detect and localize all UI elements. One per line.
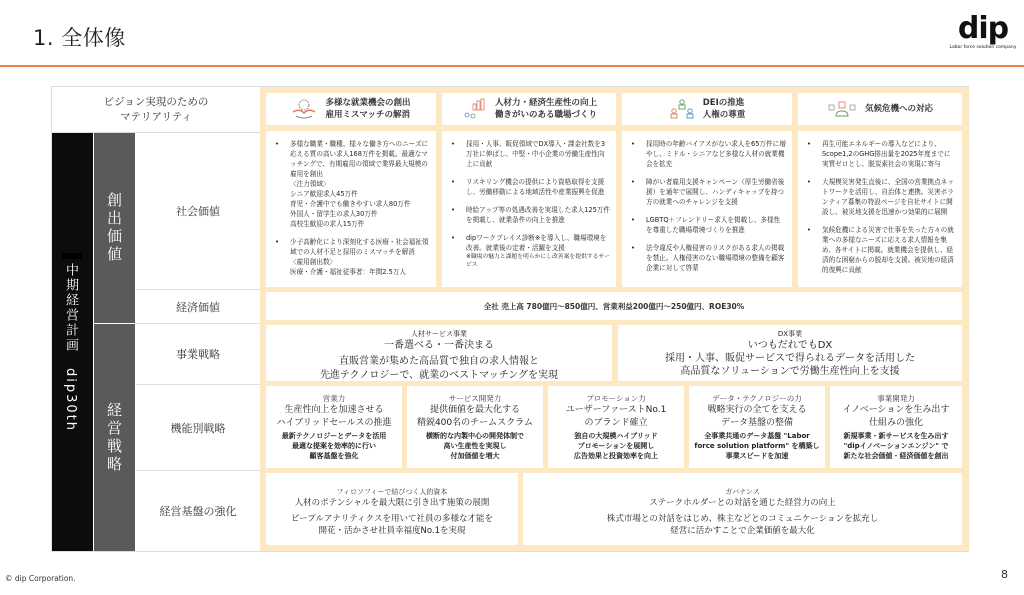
materiality-heading-line1: ビジョン実現のための — [104, 95, 209, 110]
bullet-list: 採用・人事、販促領域でDX導入・課金社数を3万社に伸ばし、中堅・中小企業の労働生… — [442, 131, 616, 281]
materiality-heading-line2: マテリアリティ — [104, 110, 209, 125]
bullet-item: 時給アップ等の処遇改善を実現した求人125万件を掲載し、就業条件の向上を推進 — [448, 205, 610, 225]
segment-line: 先進テクノロジーで、就業のベストマッチングを実現 — [266, 369, 612, 383]
plan-label: 中期経営計画 dip30th — [61, 263, 80, 432]
materiality-header-3: DEIの推進 人権の尊重 — [622, 93, 792, 125]
handshake-gear-icon — [291, 98, 317, 120]
foundation-governance: ガバナンス ステークホルダーとの対話を通じた経営力の向上 株式市場との対話をはじ… — [523, 473, 962, 545]
group-created-value: 創出価値 — [94, 133, 135, 323]
function-headline: 戦略実行の全てを支える — [689, 404, 825, 417]
functional-strategy-promotion: プロモーション力 ユーザーファーストNo.1 のブランド確立 独自の大規模ハイブ… — [548, 386, 684, 468]
bullet-item: 採用時の年齢バイアスがない求人を65万件に増やし、ミドル・シニアなど多様な人材の… — [628, 139, 786, 169]
group-management-strategy: 経営戦略 — [94, 324, 135, 551]
function-detail: 最新テクノロジーとデータを活用 — [266, 431, 402, 441]
materiality-title-line2: 働きがいのある職場づくり — [495, 109, 597, 121]
bullet-list: 多様な職業・職種、様々な働き方へのニーズに応える質の高い求人168万件を掲載。最… — [266, 131, 436, 289]
segment-line: 高品質なソリューションで労働生産性向上を支援 — [618, 365, 962, 378]
materiality-heading: ビジョン実現のための マテリアリティ — [52, 87, 260, 133]
function-headline: 生産性向上を加速させる — [266, 404, 402, 417]
function-headline: イノベーションを生み出す — [830, 404, 962, 417]
page-number: 8 — [1001, 568, 1008, 581]
function-detail: 最適な提案を効率的に行い — [266, 441, 402, 451]
function-detail: 独自の大規模ハイブリッド — [548, 431, 684, 441]
bullet-item: 再生可能エネルギーの導入などにより、Scope1,2のGHG排出量を2025年度… — [804, 139, 956, 169]
materiality-title-line2: 雇用ミスマッチの解消 — [325, 109, 410, 121]
header-divider — [0, 65, 1024, 67]
functional-strategy-sales: 営業力 生産性向上を加速させる ハイブリッドセールスの推進 最新テクノロジーとデ… — [266, 386, 402, 468]
function-name: プロモーション力 — [548, 394, 684, 404]
materiality-title-line2: 人権の尊重 — [703, 109, 746, 121]
materiality-header-2: 人材力・経済生産性の向上 働きがいのある職場づくり — [442, 93, 616, 125]
diversity-people-icon — [669, 98, 695, 120]
foundation-human-capital: フィロソフィーで結びつく人的資本 人材のポテンシャルを最大限に引き出す施策の展開… — [266, 473, 518, 545]
foundation-category: フィロソフィーで結びつく人的資本 — [266, 487, 518, 497]
row-label-functional-strategy: 機能別戦略 — [136, 385, 260, 471]
materiality-title-line1: 多様な就業機会の創出 — [325, 97, 410, 109]
bullet-list: 再生可能エネルギーの導入などにより、Scope1,2のGHG排出量を2025年度… — [798, 131, 962, 287]
segment-line: 採用・人事、販促サービスで得られるデータを活用した — [618, 352, 962, 365]
social-value-cell-2: 採用・人事、販促領域でDX導入・課金社数を3万社に伸ばし、中堅・中小企業の労働生… — [442, 131, 616, 287]
materiality-title-line1: DEIの推進 — [703, 97, 746, 109]
function-detail: 広告効果と投資効率を向上 — [548, 451, 684, 461]
social-value-cell-4: 再生可能エネルギーの導入などにより、Scope1,2のGHG排出量を2025年度… — [798, 131, 962, 287]
plan-column: 中期経営計画 dip30th — [52, 133, 93, 551]
function-headline: ユーザーファーストNo.1 — [548, 404, 684, 417]
materiality-header-1: 多様な就業機会の創出 雇用ミスマッチの解消 — [266, 93, 436, 125]
social-value-cell-3: 採用時の年齢バイアスがない求人を65万件に増やし、ミドル・シニアなど多様な人材の… — [622, 131, 792, 287]
function-detail: プロモーションを展開し — [548, 441, 684, 451]
bullet-item: リスキリング機会の提供により資格取得を支援し、労働移動による地域活性や産業振興を… — [448, 177, 610, 197]
function-headline: ハイブリッドセールスの推進 — [266, 417, 402, 430]
segment-name: 人材サービス事業 — [266, 329, 612, 339]
functional-strategy-data-tech: データ・テクノロジーの力 戦略実行の全てを支える データ基盤の整備 全事業共通の… — [689, 386, 825, 468]
foundation-category: ガバナンス — [523, 487, 962, 497]
social-value-cell-1: 多様な職業・職種、様々な働き方へのニーズに応える質の高い求人168万件を掲載。最… — [266, 131, 436, 287]
foundation-detail: ピープルアナリティクスを用いて社員の多様な才能を — [266, 513, 518, 525]
logo-tagline: Labor force solution company — [948, 45, 1018, 50]
dip-logo: dip Labor force solution company — [948, 14, 1018, 50]
function-headline: 仕組みの強化 — [830, 417, 962, 430]
row-label-management-foundation: 経営基盤の強化 — [136, 471, 260, 551]
function-name: 事業開発力 — [830, 394, 962, 404]
bullet-list: 採用時の年齢バイアスがない求人を65万件に増やし、ミドル・シニアなど多様な人材の… — [622, 131, 792, 285]
foundation-detail: 株式市場との対話をはじめ、株主などとのコミュニケーションを拡充し — [523, 513, 962, 525]
materiality-header-4: 気候危機への対応 — [798, 93, 962, 125]
function-detail: force solution platform" を構築し — [689, 441, 825, 451]
function-name: サービス開発力 — [407, 394, 543, 404]
function-detail: 顧客基盤を強化 — [266, 451, 402, 461]
function-detail: 高い生産性を実現し — [407, 441, 543, 451]
bullet-item: 障がい者雇用支援キャンペーン（厚生労働省後援）を通年で展開し、ハンディキャップを… — [628, 177, 786, 207]
logo-word: dip — [948, 14, 1018, 44]
plan-marker — [62, 253, 82, 259]
bullet-item: 少子高齢化により深刻化する医療・社会福祉領域での人材不足と採用のミスマッチを解消… — [272, 237, 430, 277]
bullet-note: ※職場の魅力と課題を明らかにし改善案を提供するサービス — [466, 253, 610, 269]
foundation-detail: 開花・活かさせ社員幸福度No.1を実現 — [266, 525, 518, 537]
function-detail: "dipイノベーションエンジン" で — [830, 441, 962, 451]
bullet-item: 多様な職業・職種、様々な働き方へのニーズに応える質の高い求人168万件を掲載。最… — [272, 139, 430, 229]
group-label: 経営戦略 — [104, 402, 125, 474]
page-title: 1. 全体像 — [33, 22, 126, 52]
overview-table: ビジョン実現のための マテリアリティ 中期経営計画 dip30th 創出価値 経… — [51, 86, 969, 552]
economic-value-cell: 全社 売上高 780億円～850億円、営業利益200億円～250億円、ROE30… — [266, 292, 962, 320]
functional-strategy-service-dev: サービス開発力 提供価値を最大化する 精鋭400名のチームスクラム 横断的な内製… — [407, 386, 543, 468]
function-detail: 新規事業・新サービスを生み出す — [830, 431, 962, 441]
business-strategy-dx: DX事業 いつもだれでもDX 採用・人事、販促サービスで得られるデータを活用した… — [618, 325, 962, 381]
function-detail: 新たな社会価値・経済価値を創出 — [830, 451, 962, 461]
bullet-text: dipワークプレイス診断※を導入し、職場環境を改善。就業後の定着・活躍を支援 — [466, 234, 606, 252]
left-panel: ビジョン実現のための マテリアリティ 中期経営計画 dip30th 創出価値 経… — [52, 87, 260, 551]
bullet-item: LGBTQ＋フレンドリー求人を掲載し、多様性を尊重した職場環境づくりを推進 — [628, 215, 786, 235]
segment-line: 直販営業が集めた高品質で独自の求人情報と — [266, 355, 612, 369]
function-headline: データ基盤の整備 — [689, 417, 825, 430]
function-headline: 精鋭400名のチームスクラム — [407, 417, 543, 430]
function-headline: のブランド確立 — [548, 417, 684, 430]
materiality-title-line1: 気候危機への対応 — [865, 103, 933, 115]
foundation-headline: ステークホルダーとの対話を通じた経営力の向上 — [523, 497, 962, 509]
segment-slogan: 一番選べる・一番決まる — [266, 339, 612, 352]
materiality-title-line1: 人材力・経済生産性の向上 — [495, 97, 597, 109]
climate-cloud-icon — [827, 99, 857, 119]
bullet-item: dipワークプレイス診断※を導入し、職場環境を改善。就業後の定着・活躍を支援※職… — [448, 233, 610, 269]
bullet-item: 採用・人事、販促領域でDX導入・課金社数を3万社に伸ばし、中堅・中小企業の労働生… — [448, 139, 610, 169]
content-panel: 多様な就業機会の創出 雇用ミスマッチの解消 人材力・経済生産性の向上 働きがいの… — [260, 87, 969, 551]
group-label: 創出価値 — [104, 192, 125, 264]
bullet-item: 法令違反や人権侵害のリスクがある求人の掲載を禁止。人権侵害のない職場環境の整備を… — [628, 243, 786, 273]
functional-strategy-biz-dev: 事業開発力 イノベーションを生み出す 仕組みの強化 新規事業・新サービスを生み出… — [830, 386, 962, 468]
row-label-social-value: 社会価値 — [136, 133, 260, 290]
foundation-headline: 人材のポテンシャルを最大限に引き出す施策の展開 — [266, 497, 518, 509]
function-headline: 提供価値を最大化する — [407, 404, 543, 417]
copyright: © dip Corporation. — [5, 574, 76, 583]
row-label-economic-value: 経済価値 — [136, 290, 260, 324]
function-detail: 事業スピードを加速 — [689, 451, 825, 461]
row-label-business-strategy: 事業戦略 — [136, 324, 260, 385]
growth-chart-icon — [461, 98, 487, 120]
function-name: データ・テクノロジーの力 — [689, 394, 825, 404]
segment-slogan: いつもだれでもDX — [618, 339, 962, 352]
function-detail: 全事業共通のデータ基盤 "Labor — [689, 431, 825, 441]
business-strategy-hr: 人材サービス事業 一番選べる・一番決まる 直販営業が集めた高品質で独自の求人情報… — [266, 325, 612, 381]
function-detail: 横断的な内製中心の開発体制で — [407, 431, 543, 441]
function-detail: 付加価値を増大 — [407, 451, 543, 461]
foundation-detail: 経営に活かすことで企業価値を最大化 — [523, 525, 962, 537]
bullet-item: 大規模災害発生直後に、全国の営業拠点ネットワークを活用し、自治体と連携。災害ボラ… — [804, 177, 956, 217]
function-name: 営業力 — [266, 394, 402, 404]
segment-name: DX事業 — [618, 329, 962, 339]
bullet-item: 気候危機による災害で仕事を失った方々の就業への多様なニーズに応える求人情報を集め… — [804, 225, 956, 275]
